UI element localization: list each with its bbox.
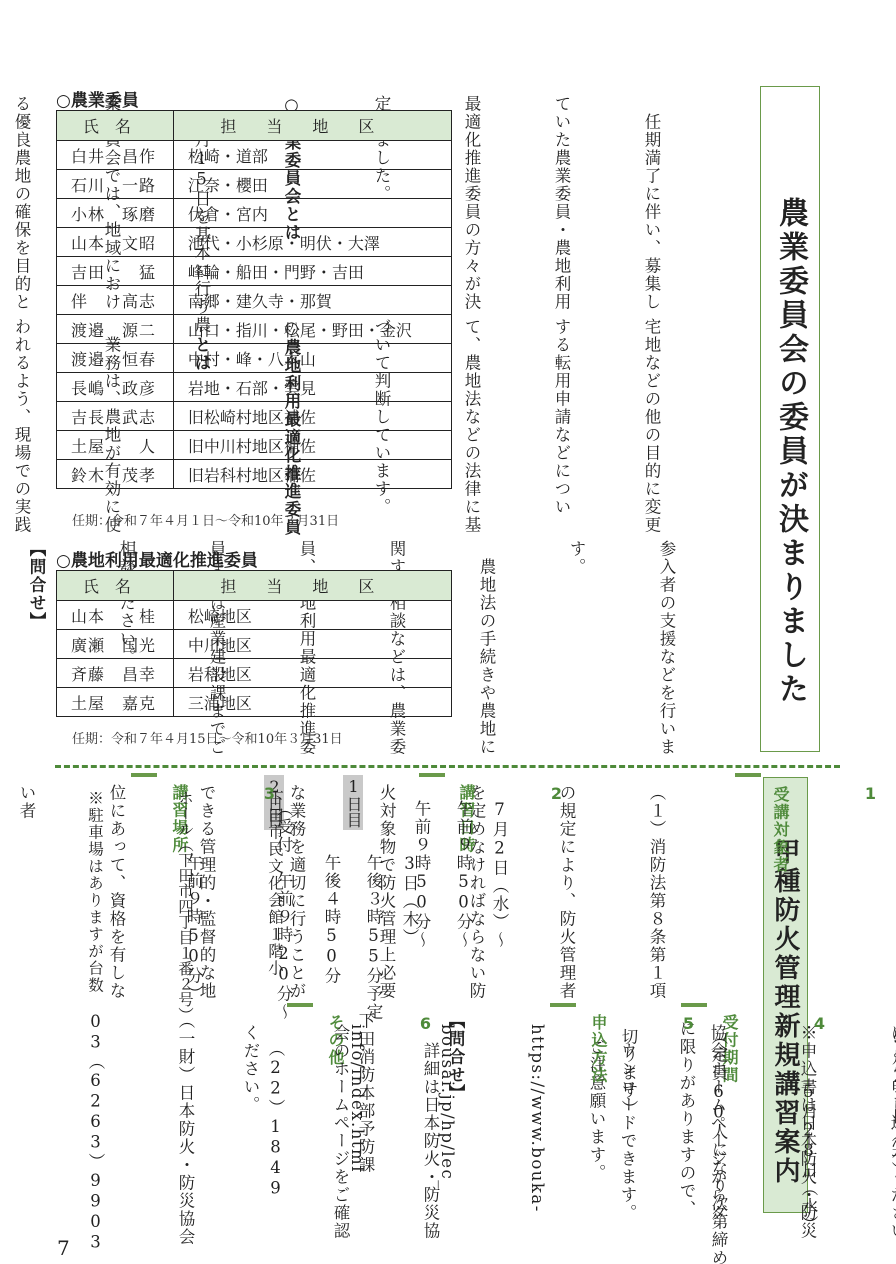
venue-line: ホール（下田市四丁目１番２号） xyxy=(170,790,200,1000)
agri-contact-label: 【問合せ】 xyxy=(21,540,51,765)
member-name: 長嶋 政彦 xyxy=(57,373,174,402)
section-marker xyxy=(287,1003,313,1007)
agri-text-line: する転用申請などについ xyxy=(546,318,576,528)
promotion-committee-heading: ○農地利用最適化推進委員 xyxy=(56,546,258,571)
col-header-name: 氏名 xyxy=(57,111,174,141)
promotion-committee-term: 任期：令和７年４月15日～令和10年３月31日 xyxy=(72,728,343,747)
page-number: 7 xyxy=(57,1236,70,1260)
member-area: 池代・小杉原・明伏・大澤 xyxy=(173,228,451,257)
table-row: 吉田 猛峰輪・船田・門野・吉田 xyxy=(57,257,452,286)
member-area: 南郷・建久寺・那賀 xyxy=(173,286,451,315)
col-header-name: 氏名 xyxy=(57,571,174,601)
farm-committee-term: 任期：令和７年４月１日～令和10年３月31日 xyxy=(72,510,339,529)
section-marker xyxy=(419,773,445,777)
table-row: 渡邉 源二山口・指川・松尾・野田・金沢 xyxy=(57,315,452,344)
table-row: 鈴木 茂孝旧岩科村地区補佐 xyxy=(57,460,452,489)
contact-line: （22）1849 xyxy=(260,1012,290,1253)
member-area: 旧松崎村地区補佐 xyxy=(173,402,451,431)
member-name: 小林 琢磨 xyxy=(57,199,174,228)
section-marker xyxy=(735,773,761,777)
section-marker xyxy=(131,773,157,777)
table-row: 斉藤 昌幸岩科地区 xyxy=(57,659,452,688)
member-area: 三浦地区 xyxy=(173,688,451,717)
member-name: 斉藤 昌幸 xyxy=(57,659,174,688)
section-marker xyxy=(681,1003,707,1007)
agri-text-line: われるよう、現場での実践 xyxy=(6,318,36,528)
body-line: ※申込書は日本防火・防災 xyxy=(792,1024,822,1224)
agri-text-line: 参入者の支援などを行いま xyxy=(651,540,681,765)
table-row: 土屋 人旧中川村地区補佐 xyxy=(57,431,452,460)
time-line: 午後３時55分予定 xyxy=(358,800,388,1021)
table-header-row: 氏名 担当地区 xyxy=(57,111,452,141)
venue-line: ※駐車場はありますが台数 xyxy=(80,790,110,1000)
agri-committee-title: 農業委員会の委員が決まりました xyxy=(760,86,820,752)
fire-contact: 【問合せ】 下田消防本部予防課 （22）1849 （一財）日本防火・防災協会 0… xyxy=(50,1012,530,1253)
member-name: 吉長 武志 xyxy=(57,402,174,431)
body-line: ウンロードできます。 xyxy=(612,1024,642,1224)
section-1-heading: 1 受講対象者 xyxy=(735,784,896,874)
table-row: 渡邉 恒春中村・峰・八木山 xyxy=(57,344,452,373)
section-number: 1 xyxy=(855,784,885,874)
contact-line: 03（6263）9903 xyxy=(80,1012,110,1253)
member-area: 旧中川村地区補佐 xyxy=(173,431,451,460)
member-name: 渡邉 恒春 xyxy=(57,344,174,373)
farm-committee-table: 氏名 担当地区 白井 昌作松崎・道部 石川 一路江奈・櫻田 小林 琢磨伏倉・宮内… xyxy=(56,110,452,489)
member-name: 渡邉 源二 xyxy=(57,315,174,344)
table-header-row: 氏名 担当地区 xyxy=(57,571,452,601)
member-area: 旧岩科村地区補佐 xyxy=(173,460,451,489)
contact-line: 下田消防本部予防課 xyxy=(350,1012,380,1253)
table-row: 山本 文昭池代・小杉原・明伏・大澤 xyxy=(57,228,452,257)
contact-label: 【問合せ】 xyxy=(440,1012,470,1253)
farm-committee-heading: ○農業委員 xyxy=(56,86,139,111)
section-divider xyxy=(55,765,840,768)
agri-committee-title-text: 農業委員会の委員が決まりました xyxy=(768,197,812,707)
table-row: 白井 昌作松崎・道部 xyxy=(57,141,452,170)
agri-text-line: 宅地などの他の目的に変更 xyxy=(636,318,666,528)
body-line: 協会ホームページからダ xyxy=(702,1024,732,1224)
member-name: 吉田 猛 xyxy=(57,257,174,286)
member-name: 廣瀬 国光 xyxy=(57,630,174,659)
col-header-area: 担当地区 xyxy=(173,111,451,141)
member-area: 松崎・道部 xyxy=(173,141,451,170)
time-line: 午前９時50分～ xyxy=(448,800,478,1021)
agri-text-line: て、農地法などの法律に基 xyxy=(456,318,486,528)
table-row: 土屋 嘉克三浦地区 xyxy=(57,688,452,717)
agri-text-line: す。 xyxy=(561,540,591,765)
section-marker xyxy=(550,1003,576,1007)
contact-line: （一財）日本防火・防災協会 xyxy=(170,1012,200,1253)
member-name: 山本 文昭 xyxy=(57,228,174,257)
member-area: 江奈・櫻田 xyxy=(173,170,451,199)
table-row: 小林 琢磨伏倉・宮内 xyxy=(57,199,452,228)
member-name: 鈴木 茂孝 xyxy=(57,460,174,489)
member-name: 伴 高志 xyxy=(57,286,174,315)
section-3-body: 下田市民文化会館１階小 ホール（下田市四丁目１番２号） ※駐車場はありますが台数 xyxy=(50,790,350,1000)
table-row: 石川 一路江奈・櫻田 xyxy=(57,170,452,199)
section-label: 受講対象者 xyxy=(765,784,795,874)
member-name: 山本 桂 xyxy=(57,601,174,630)
member-area: 峰輪・船田・門野・吉田 xyxy=(173,257,451,286)
member-area: 松崎地区 xyxy=(173,601,451,630)
table-row: 吉長 武志旧松崎村地区補佐 xyxy=(57,402,452,431)
col-header-area: 担当地区 xyxy=(173,571,451,601)
member-name: 石川 一路 xyxy=(57,170,174,199)
member-area: 山口・指川・松尾・野田・金沢 xyxy=(173,315,451,344)
member-area: 岩科地区 xyxy=(173,659,451,688)
member-area: 岩地・石部・雲見 xyxy=(173,373,451,402)
table-row: 山本 桂松崎地区 xyxy=(57,601,452,630)
table-row: 廣瀬 国光中川地区 xyxy=(57,630,452,659)
member-name: 土屋 嘉克 xyxy=(57,688,174,717)
table-row: 伴 高志南郷・建久寺・那賀 xyxy=(57,286,452,315)
member-area: 伏倉・宮内 xyxy=(173,199,451,228)
member-area: 中川地区 xyxy=(173,630,451,659)
member-name: 白井 昌作 xyxy=(57,141,174,170)
venue-line: 下田市民文化会館１階小 xyxy=(260,790,290,1000)
agri-text-line: 農地法の手続きや農地に xyxy=(471,540,501,765)
member-name: 土屋 人 xyxy=(57,431,174,460)
body-line: （１）消防法第８条第１項 xyxy=(641,784,671,989)
member-area: 中村・峰・八木山 xyxy=(173,344,451,373)
table-row: 長嶋 政彦岩地・石部・雲見 xyxy=(57,373,452,402)
body-line: により申し込んでください。 xyxy=(882,1024,896,1224)
body-line: い者 xyxy=(11,784,41,989)
promotion-committee-table: 氏名 担当地区 山本 桂松崎地区 廣瀬 国光中川地区 斉藤 昌幸岩科地区 土屋 … xyxy=(56,570,452,717)
